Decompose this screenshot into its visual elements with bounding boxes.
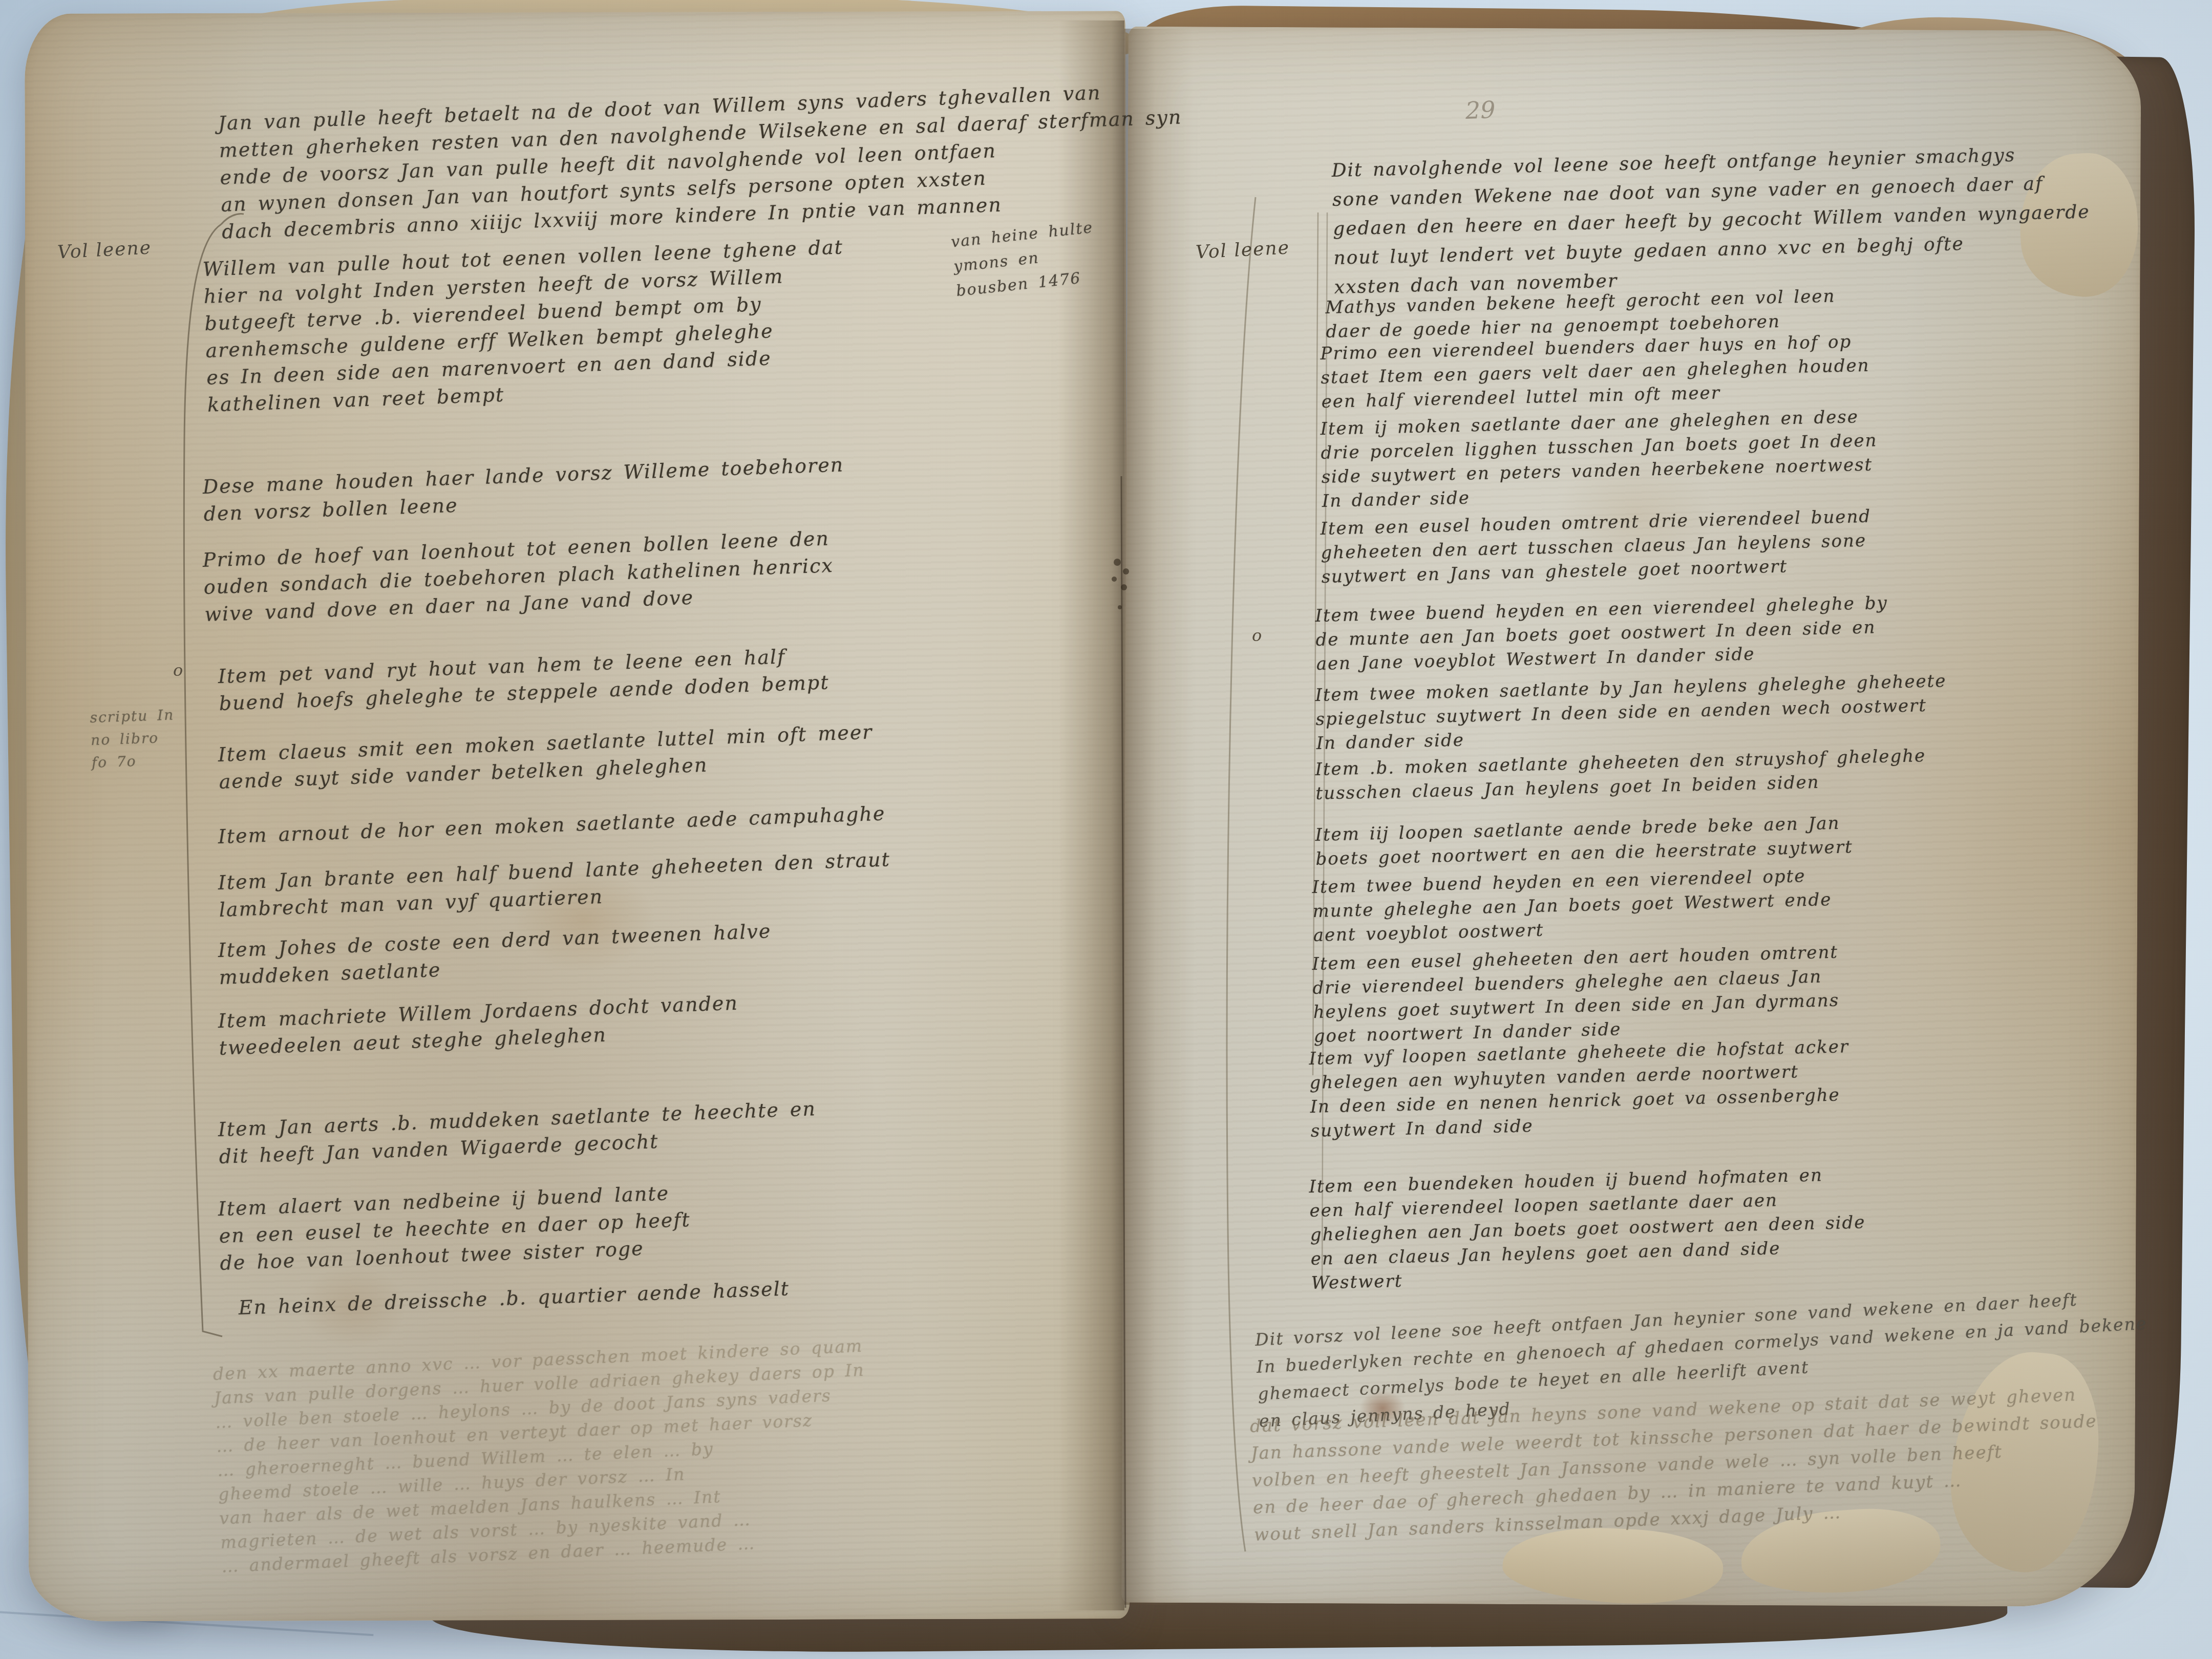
right-margin-mark: o	[1252, 626, 1262, 645]
left-margin-note: scriptu Inno librofo 7o	[90, 704, 176, 774]
page-number: 29	[1465, 96, 1496, 124]
left-margin-mark: o	[173, 661, 183, 680]
left-item-8: Item alaert van nedbeine ij buend lantee…	[218, 1179, 692, 1277]
right-item-3: Item een eusel houden omtrent drie viere…	[1320, 505, 1873, 589]
right-paragraph-1: Dit navolghende vol leene soe heeft ontf…	[1331, 139, 2092, 302]
left-paragraph-2: Willem van pulle hout tot eenen vollen l…	[202, 233, 848, 418]
binding-stitch-marks	[1112, 559, 1129, 609]
right-item-4: Item twee buend heyden en een vierendeel…	[1315, 591, 1889, 676]
left-side-note: van heine hulteymons enbousben 1476	[950, 216, 1100, 304]
right-item-1: Primo een vierendeel buenders daer huys …	[1320, 330, 1870, 414]
right-item-2: Item ij moken saetlante daer ane ghelegh…	[1320, 405, 1879, 514]
right-item-10: Item vyf loopen saetlante gheheete die h…	[1309, 1035, 1851, 1143]
manuscript-photo: 29 Vol leene o Jan van pulle heeft betae…	[0, 0, 2212, 1659]
left-faded-paragraph: den xx maerte anno xvc … vor paesschen m…	[212, 1334, 873, 1579]
right-item-11: Item een buendeken houden ij buend hofma…	[1309, 1162, 1867, 1295]
right-item-8: Item twee buend heyden en een vierendeel…	[1312, 864, 1833, 948]
right-item-9: Item een eusel gheheeten den aert houden…	[1312, 941, 1840, 1049]
right-item-5: Item twee moken saetlante by Jan heylens…	[1315, 669, 1948, 756]
